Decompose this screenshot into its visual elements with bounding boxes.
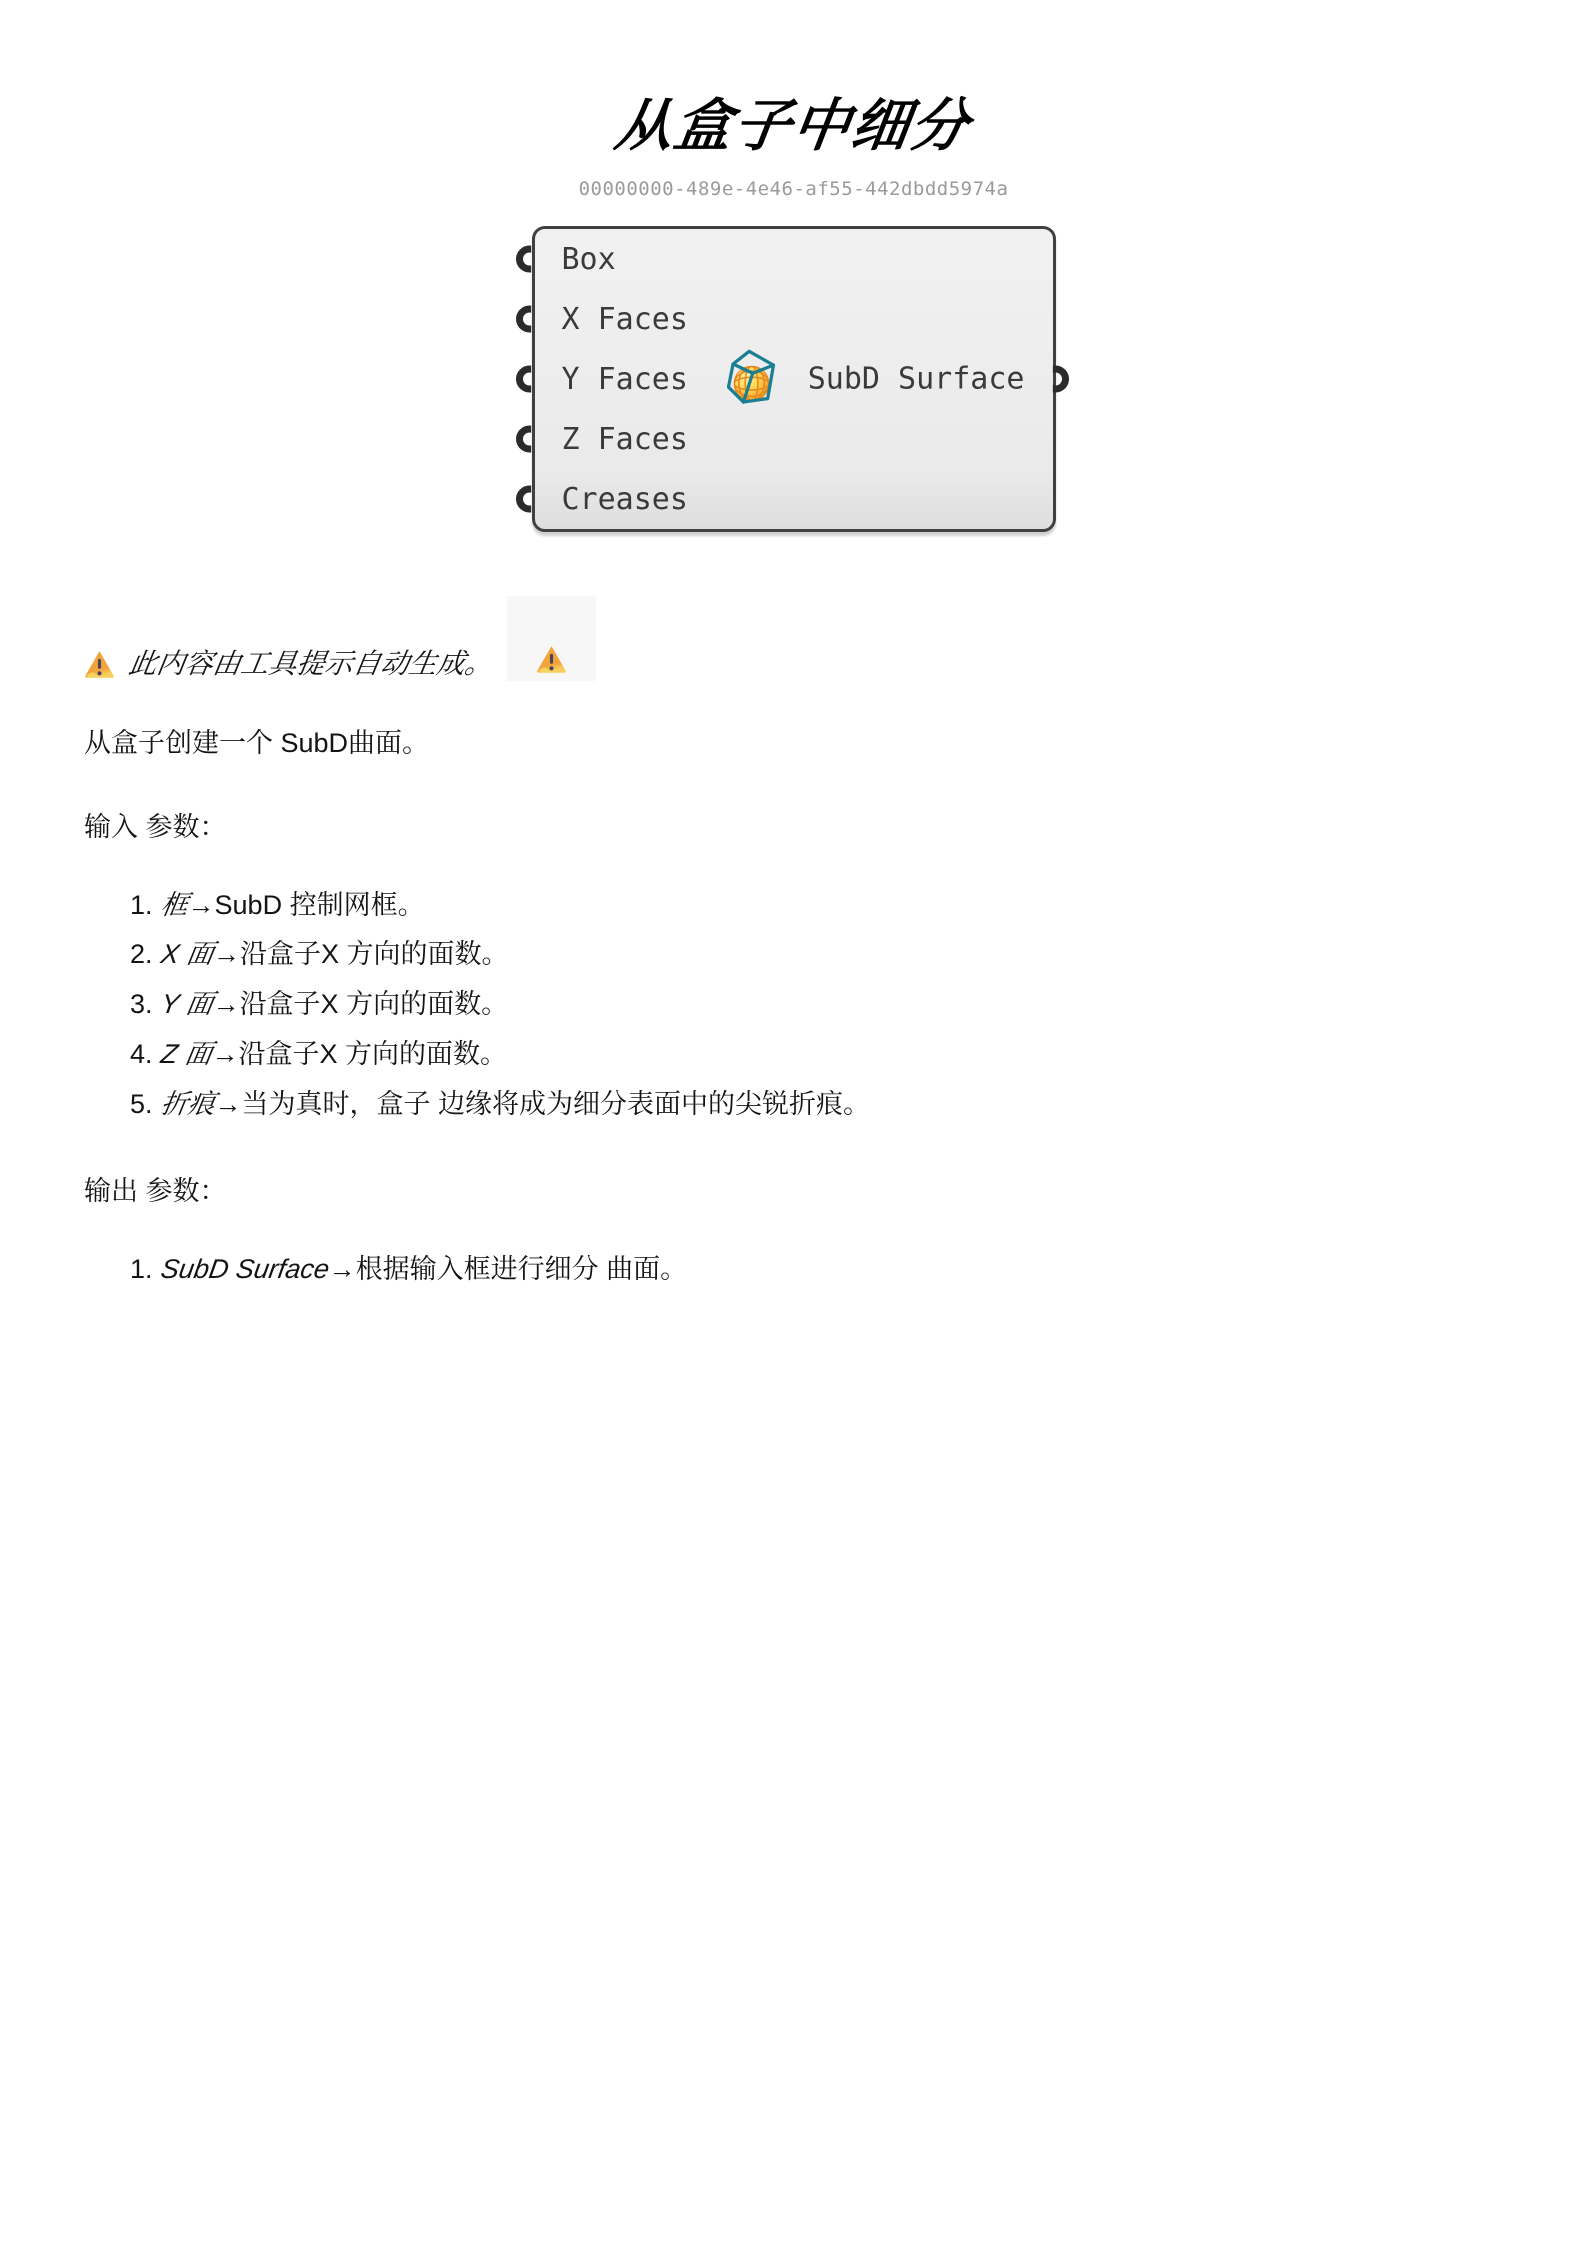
param-description: →沿盒子X 方向的面数。 — [213, 939, 509, 969]
item-number: 3. — [130, 989, 153, 1019]
outputs-heading: 输出 参数： — [84, 1175, 1503, 1209]
item-number: 1. — [130, 1254, 153, 1284]
inputs-list: 1.框→SubD 控制网框。 2.X 面→沿盒子X 方向的面数。 3.Y 面→沿… — [84, 889, 1503, 1122]
param-description: →根据输入框进行细分 曲面。 — [329, 1254, 688, 1284]
input-label: Z Faces — [535, 422, 688, 457]
input-label: X Faces — [535, 302, 688, 337]
notice-text: 此内容由工具提示自动生成。 — [126, 646, 496, 681]
param-description: →当为真时，盒子 边缘将成为细分表面中的尖锐折痕。 — [215, 1089, 871, 1119]
item-number: 2. — [130, 939, 153, 969]
param-description: →沿盒子X 方向的面数。 — [212, 1039, 508, 1069]
page-title: 从盒子中细分 — [0, 80, 1587, 162]
output-param-item: 1.SubD Surface →根据输入框进行细分 曲面。 — [84, 1253, 1503, 1287]
warning-icon — [536, 644, 567, 675]
input-label: Y Faces — [535, 362, 688, 397]
param-name: 框 — [158, 889, 190, 923]
input-param-item: 1.框→SubD 控制网框。 — [84, 889, 1503, 923]
warning-icon-highlight-box — [507, 596, 596, 681]
param-name: 折痕 — [158, 1088, 217, 1122]
param-description: →SubD 控制网框。 — [188, 890, 425, 920]
input-row-box: Box — [535, 229, 1053, 289]
input-param-item: 4.Z 面→沿盒子X 方向的面数。 — [84, 1038, 1503, 1072]
input-row-z-faces: Z Faces — [535, 409, 1053, 469]
outputs-list: 1.SubD Surface →根据输入框进行细分 曲面。 — [84, 1253, 1503, 1287]
component-description: 从盒子创建一个 SubD曲面。 — [84, 727, 1503, 761]
grasshopper-component: Box X Faces Y Faces Z Faces Creases — [532, 226, 1056, 532]
param-description: →沿盒子X 方向的面数。 — [213, 989, 509, 1019]
input-param-item: 5.折痕→当为真时，盒子 边缘将成为细分表面中的尖锐折痕。 — [84, 1088, 1503, 1122]
warning-icon — [84, 649, 115, 680]
component-uuid: 00000000-489e-4e46-af55-442dbdd5974a — [0, 178, 1587, 200]
inputs-heading: 输入 参数： — [84, 811, 1503, 845]
document-page: 从盒子中细分 00000000-489e-4e46-af55-442dbdd59… — [0, 0, 1587, 2244]
item-number: 5. — [130, 1089, 153, 1119]
input-param-item: 2.X 面→沿盒子X 方向的面数。 — [84, 938, 1503, 972]
input-label: Box — [535, 242, 616, 277]
input-row-creases: Creases — [535, 469, 1053, 529]
param-name: SubD Surface — [158, 1253, 331, 1287]
output-label: SubD Surface — [808, 362, 1025, 397]
component-diagram: Box X Faces Y Faces Z Faces Creases — [0, 226, 1587, 532]
param-name: Z 面 — [158, 1038, 214, 1072]
subd-from-box-icon — [727, 349, 783, 409]
param-name: Y 面 — [158, 988, 215, 1022]
input-param-item: 3.Y 面→沿盒子X 方向的面数。 — [84, 988, 1503, 1022]
param-name: X 面 — [158, 938, 216, 972]
document-body: 此内容由工具提示自动生成。 从盒子创建一个 SubD曲面。 输入 参数： 1.框… — [84, 596, 1503, 1287]
input-label: Creases — [535, 482, 688, 517]
auto-generated-notice: 此内容由工具提示自动生成。 — [84, 596, 1503, 681]
item-number: 4. — [130, 1039, 153, 1069]
item-number: 1. — [130, 890, 153, 920]
input-row-x-faces: X Faces — [535, 289, 1053, 349]
